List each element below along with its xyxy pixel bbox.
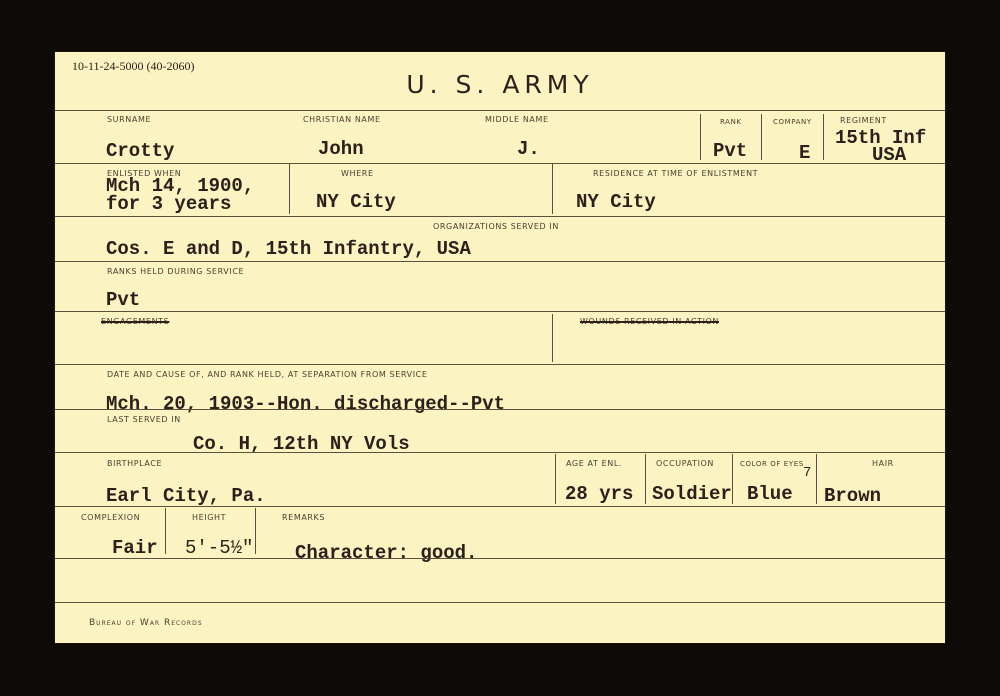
separation-value: Mch. 20, 1903--Hon. discharged--Pvt xyxy=(106,395,505,414)
complexion-value: Fair xyxy=(112,539,158,558)
divider xyxy=(165,508,166,554)
divider xyxy=(732,454,733,504)
complexion-label: COMPLEXION xyxy=(81,513,140,522)
divider xyxy=(761,114,762,160)
christian-name-label: CHRISTIAN NAME xyxy=(303,115,381,124)
occupation-label: OCCUPATION xyxy=(656,459,714,468)
enlisted-when-line2: for 3 years xyxy=(106,195,231,214)
age-label: AGE AT ENL. xyxy=(566,459,622,468)
residence-label: RESIDENCE AT TIME OF ENLISTMENT xyxy=(593,169,758,178)
middle-name-label: MIDDLE NAME xyxy=(485,115,549,124)
ranks-held-value: Pvt xyxy=(106,291,140,310)
birthplace-label: BIRTHPLACE xyxy=(107,459,162,468)
remarks-value: Character: good. xyxy=(295,544,477,563)
occupation-value: Soldier xyxy=(652,485,732,504)
christian-name-value: John xyxy=(318,140,364,159)
surname-value: Crotty xyxy=(106,142,174,161)
eye-color-label: COLOR OF EYES xyxy=(740,460,804,468)
divider xyxy=(55,506,945,507)
last-served-label: LAST SERVED IN xyxy=(107,415,181,424)
divider xyxy=(552,314,553,362)
separation-label: DATE AND CAUSE OF, AND RANK HELD, AT SEP… xyxy=(107,370,428,379)
divider xyxy=(55,452,945,453)
where-label: WHERE xyxy=(341,169,374,178)
eye-color-annotation: 7 xyxy=(803,466,811,480)
where-value: NY City xyxy=(316,193,396,212)
rank-value: Pvt xyxy=(713,142,747,161)
divider xyxy=(55,311,945,312)
divider xyxy=(823,114,824,160)
company-label: COMPANY xyxy=(773,118,812,126)
divider xyxy=(255,508,256,554)
card-title: U. S. ARMY xyxy=(55,70,945,99)
ranks-held-label: RANKS HELD DURING SERVICE xyxy=(107,267,244,276)
hair-value: Brown xyxy=(824,487,881,506)
company-value: E xyxy=(799,144,810,163)
age-value: 28 yrs xyxy=(565,485,633,504)
divider xyxy=(700,114,701,160)
divider xyxy=(289,164,290,214)
divider xyxy=(645,454,646,504)
divider xyxy=(55,216,945,217)
surname-label: SURNAME xyxy=(107,115,151,124)
birthplace-value: Earl City, Pa. xyxy=(106,487,266,506)
divider xyxy=(816,454,817,504)
organizations-value: Cos. E and D, 15th Infantry, USA xyxy=(106,240,471,259)
divider xyxy=(555,454,556,504)
hair-label: HAIR xyxy=(872,459,894,468)
divider xyxy=(55,602,945,603)
divider xyxy=(55,364,945,365)
eye-color-value: Blue xyxy=(747,485,793,504)
divider xyxy=(55,409,945,410)
middle-name-value: J. xyxy=(517,140,540,159)
rank-label: RANK xyxy=(720,118,742,126)
height-label: HEIGHT xyxy=(192,513,226,522)
wounds-label: WOUNDS RECEIVED IN ACTION xyxy=(580,317,719,326)
engagements-label: ENGAGEMENTS xyxy=(101,317,169,326)
divider xyxy=(55,558,945,559)
height-value: 5'-5½" xyxy=(185,539,253,558)
organizations-label: ORGANIZATIONS SERVED IN xyxy=(433,222,559,231)
regiment-label: REGIMENT xyxy=(840,116,887,125)
remarks-label: REMARKS xyxy=(282,513,325,522)
footer-bureau: Bureau of War Records xyxy=(89,618,203,628)
divider xyxy=(552,164,553,214)
residence-value: NY City xyxy=(576,193,656,212)
divider xyxy=(55,163,945,164)
divider xyxy=(55,110,945,111)
divider xyxy=(55,261,945,262)
service-record-card: 10-11-24-5000 (40-2060) U. S. ARMY SURNA… xyxy=(55,52,945,643)
